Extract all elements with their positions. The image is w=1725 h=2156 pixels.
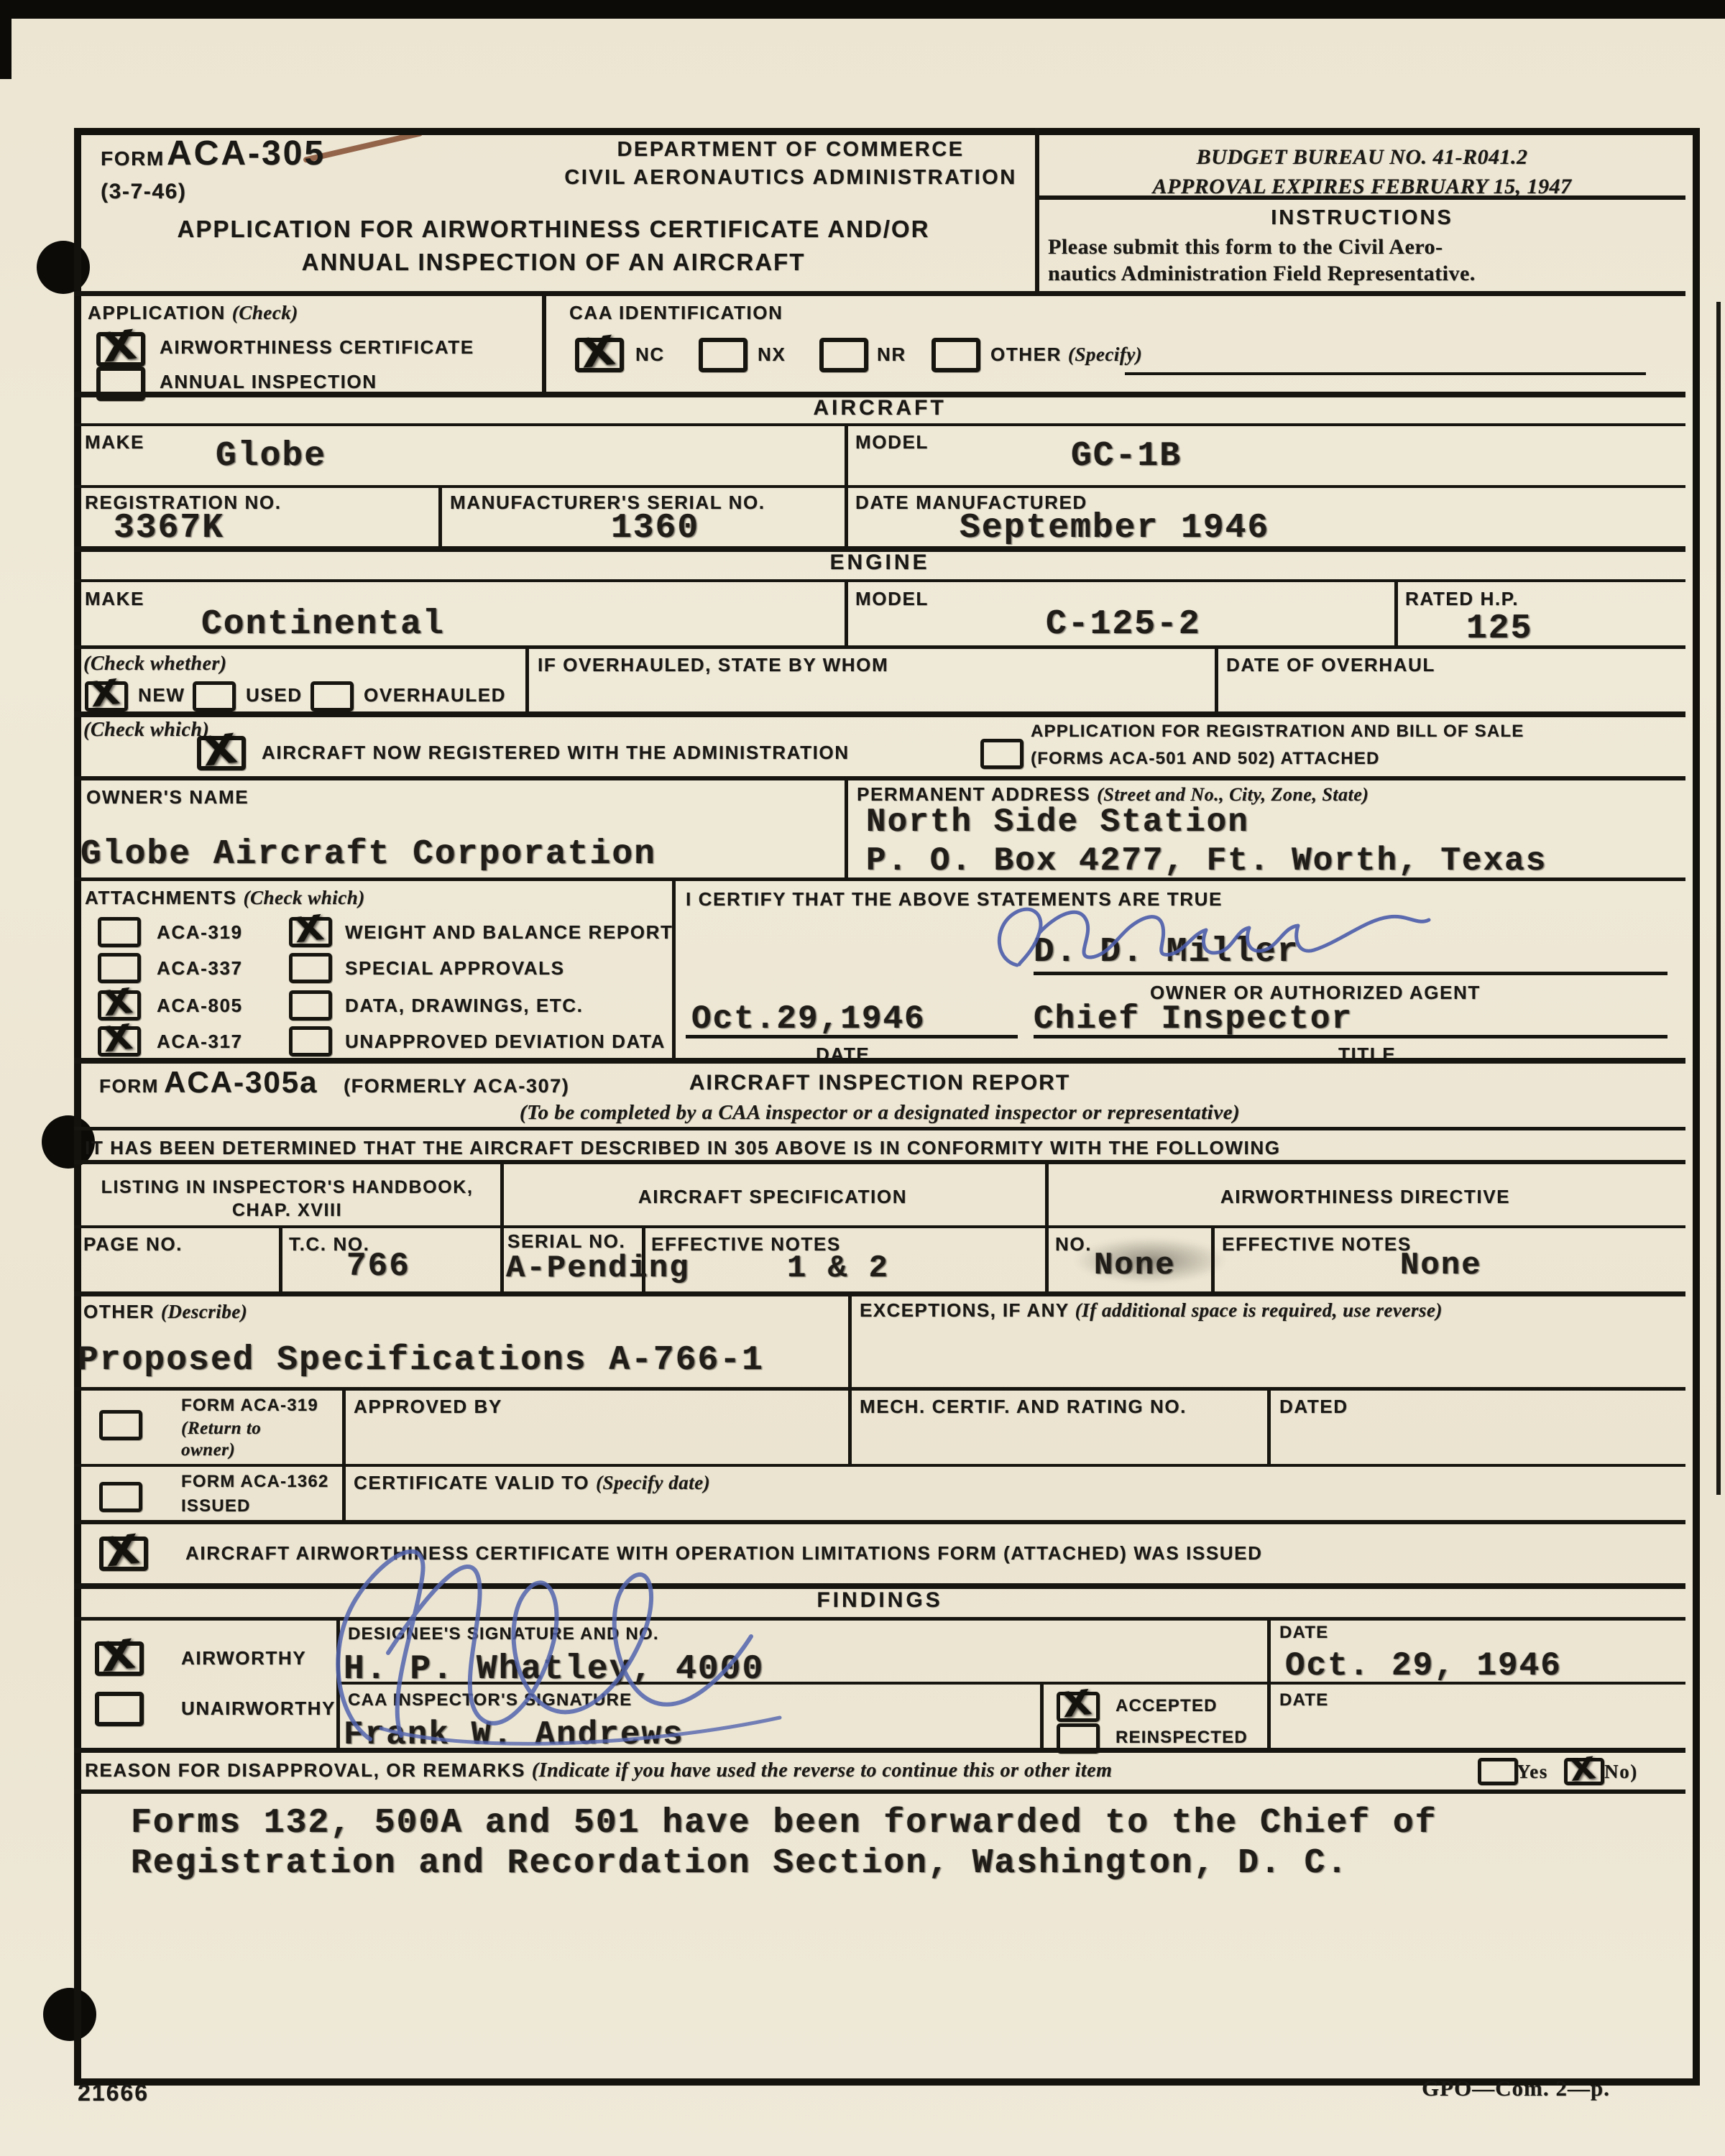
serial-no-label: MANUFACTURER'S SERIAL NO. — [450, 492, 765, 514]
check-mark: X — [1049, 1681, 1105, 1727]
other-label: OTHER — [83, 1301, 155, 1322]
form-aca319-return1: (Return to — [181, 1419, 261, 1439]
application-section-label: APPLICATION (Check) — [88, 302, 298, 324]
engine-make-value: Continental — [201, 605, 445, 644]
divider — [74, 579, 1685, 582]
form-number: ACA-305 — [167, 134, 326, 173]
mech-certif-label: MECH. CERTIF. AND RATING NO. — [860, 1396, 1187, 1418]
divider — [74, 1291, 1685, 1296]
whatley-signature — [302, 1498, 819, 1750]
attachment-weight-balance-label: WEIGHT AND BALANCE REPORT — [345, 921, 673, 944]
caa-other-label: OTHER (Specify) — [990, 344, 1142, 366]
divider — [74, 877, 1685, 881]
divider — [74, 1464, 1685, 1467]
report-subtitle: (To be completed by a CAA inspector or a… — [74, 1101, 1685, 1125]
owner-name-label: OWNER'S NAME — [86, 786, 249, 808]
check-mark: X — [189, 724, 252, 777]
aircraft-registered-checkbox[interactable]: X — [197, 736, 246, 770]
approved-by-label: APPROVED BY — [354, 1396, 502, 1418]
airworthy-label: AIRWORTHY — [181, 1647, 306, 1669]
divider — [845, 423, 848, 487]
spec-col1-header-line1: LISTING IN INSPECTOR'S HANDBOOK, — [74, 1177, 500, 1198]
airworthiness-certificate-checkbox[interactable]: X — [96, 332, 145, 367]
caa-other-write-line[interactable] — [1125, 372, 1646, 375]
application-label: APPLICATION — [88, 302, 226, 323]
check-whether-label: (Check whether) — [83, 653, 227, 676]
department-line1: DEPARTMENT OF COMMERCE — [503, 138, 1078, 162]
aircraft-section-title: AIRCRAFT — [74, 396, 1685, 420]
form-title-line2: ANNUAL INSPECTION OF AN AIRCRAFT — [101, 249, 1006, 276]
other-label-paren: (Describe) — [161, 1301, 247, 1322]
application-label-paren: (Check) — [232, 302, 298, 323]
divider — [672, 881, 676, 1058]
gpo-imprint: GPO—Com. 2—p. — [1422, 2076, 1610, 2101]
check-mark: X — [567, 326, 630, 379]
spec-col2-header: AIRCRAFT SPECIFICATION — [500, 1186, 1045, 1208]
serial-no-value: 1360 — [611, 509, 699, 548]
scan-edge-left — [0, 0, 11, 79]
check-mark: X — [91, 1015, 146, 1061]
directive-notes-label: EFFECTIVE NOTES — [1222, 1233, 1412, 1256]
budget-bureau-line1: BUDGET BUREAU NO. 41-R041.2 — [1044, 145, 1680, 170]
spec-serial-value: A-Pending — [506, 1250, 690, 1286]
attachment-data-drawings-checkbox[interactable] — [289, 990, 332, 1021]
attachment-aca805-label: ACA-805 — [157, 995, 243, 1017]
caa-nx-checkbox[interactable] — [699, 338, 747, 372]
engine-new-label: NEW — [138, 684, 185, 706]
form-aca1362-checkbox[interactable] — [99, 1482, 142, 1512]
caa-identification-label: CAA IDENTIFICATION — [569, 302, 783, 324]
certify-title-line — [1034, 1035, 1667, 1038]
check-mark: X — [78, 671, 133, 717]
divider — [525, 645, 529, 711]
divider — [74, 711, 1685, 717]
attachment-special-approvals-checkbox[interactable] — [289, 953, 332, 983]
attachment-unapproved-deviation-label: UNAPPROVED DEVIATION DATA — [345, 1031, 666, 1053]
registration-application-line1: APPLICATION FOR REGISTRATION AND BILL OF… — [1031, 722, 1524, 742]
airworthiness-certificate-label: AIRWORTHINESS CERTIFICATE — [160, 336, 474, 359]
owner-name-value: Globe Aircraft Corporation — [80, 835, 656, 874]
divider — [74, 1058, 1685, 1064]
attachment-aca337-checkbox[interactable] — [98, 953, 141, 983]
findings-date-label: DATE — [1279, 1623, 1328, 1643]
caa-nr-checkbox[interactable] — [819, 338, 868, 372]
aircraft-make-value: Globe — [216, 437, 326, 476]
unairworthy-checkbox[interactable] — [95, 1692, 144, 1726]
findings-date-value: Oct. 29, 1946 — [1285, 1647, 1562, 1685]
owner-address-line1: North Side Station — [866, 803, 1249, 841]
remarks-no-label: No) — [1604, 1761, 1638, 1783]
other-label: OTHER — [990, 344, 1062, 365]
remarks-yes-checkbox[interactable] — [1478, 1758, 1518, 1785]
report-title: AIRCRAFT INSPECTION REPORT — [74, 1071, 1685, 1095]
other-describe-label: OTHER (Describe) — [83, 1301, 247, 1323]
form-title-line1: APPLICATION FOR AIRWORTHINESS CERTIFICAT… — [101, 216, 1006, 243]
divider — [1035, 195, 1685, 200]
accepted-label: ACCEPTED — [1115, 1696, 1218, 1716]
engine-overhauled-checkbox[interactable] — [310, 681, 354, 711]
divider — [74, 1160, 1685, 1164]
address-label-paren: (Street and No., City, Zone, State) — [1097, 784, 1368, 805]
engine-model-label: MODEL — [855, 588, 929, 610]
engine-used-checkbox[interactable] — [193, 681, 236, 711]
other-describe-value: Proposed Specifications A-766-1 — [78, 1341, 764, 1380]
effective-notes-value: 1 & 2 — [787, 1250, 889, 1286]
engine-section-title: ENGINE — [74, 550, 1685, 575]
check-mark: X — [1558, 1749, 1607, 1789]
owner-address-line2: P. O. Box 4277, Ft. Worth, Texas — [866, 842, 1547, 880]
form-aca319-checkbox[interactable] — [99, 1410, 142, 1440]
tc-no-value: 766 — [346, 1248, 410, 1285]
instructions-title: INSTRUCTIONS — [1044, 206, 1680, 230]
divider — [1040, 1682, 1044, 1748]
attachment-aca319-checkbox[interactable] — [98, 917, 141, 947]
check-mark: X — [88, 320, 151, 373]
other-label-paren: (Specify) — [1068, 344, 1142, 365]
exceptions-italic: (If additional space is required, use re… — [1075, 1299, 1443, 1321]
remarks-yes-label: Yes — [1517, 1761, 1548, 1783]
spec-col3-header: AIRWORTHINESS DIRECTIVE — [1045, 1186, 1685, 1208]
scan-edge-top — [0, 0, 1725, 19]
divider — [845, 488, 848, 546]
divider — [1394, 579, 1398, 645]
exceptions-bold: EXCEPTIONS, IF ANY — [860, 1299, 1069, 1321]
attachments-label: ATTACHMENTS (Check which) — [85, 887, 365, 909]
aircraft-model-value: GC-1B — [1071, 437, 1182, 476]
directive-notes-value: None — [1400, 1248, 1482, 1284]
reinspected-label: REINSPECTED — [1115, 1728, 1248, 1748]
miller-signature — [977, 890, 1452, 980]
valid-label: CERTIFICATE VALID TO — [354, 1472, 589, 1493]
attachment-special-approvals-label: SPECIAL APPROVALS — [345, 957, 565, 980]
engine-used-label: USED — [246, 684, 303, 706]
divider — [74, 1789, 1685, 1794]
attachment-aca317-checkbox[interactable]: X — [98, 1026, 141, 1056]
attachment-aca319-label: ACA-319 — [157, 921, 243, 944]
directive-no-value: None — [1094, 1248, 1176, 1284]
certify-title-value: Chief Inspector — [1034, 1000, 1353, 1038]
scanned-form-page: FORM ACA-305 (3-7-46) DEPARTMENT OF COMM… — [0, 0, 1725, 2156]
attachments-title-paren: (Check which) — [243, 887, 364, 908]
check-mark: X — [87, 1629, 149, 1682]
check-mark: X — [91, 1524, 154, 1577]
instructions-line2: nautics Administration Field Representat… — [1048, 262, 1476, 286]
remarks-italic: (Indicate if you have used the reverse t… — [532, 1759, 1113, 1782]
print-stamp-number: 21666 — [78, 2080, 149, 2106]
divider — [74, 776, 1685, 780]
certificate-issued-checkbox[interactable]: X — [99, 1537, 148, 1571]
attachment-aca317-label: ACA-317 — [157, 1031, 243, 1053]
caa-nc-checkbox[interactable]: X — [575, 338, 624, 372]
engine-model-value: C-125-2 — [1046, 605, 1201, 644]
forwarded-note-line2: Registration and Recordation Section, Wa… — [131, 1844, 1348, 1883]
department-line2: CIVIL AERONAUTICS ADMINISTRATION — [503, 166, 1078, 190]
attachments-title: ATTACHMENTS — [85, 887, 237, 908]
airworthy-checkbox[interactable]: X — [95, 1641, 144, 1676]
findings-date2-label: DATE — [1279, 1690, 1328, 1710]
divider — [542, 291, 546, 392]
attachment-weight-balance-checkbox[interactable]: X — [289, 917, 332, 947]
remarks-bold: REASON FOR DISAPPROVAL, OR REMARKS — [85, 1759, 525, 1781]
divider — [74, 485, 1685, 488]
engine-new-checkbox[interactable]: X — [85, 681, 128, 711]
valid-label-paren: (Specify date) — [596, 1472, 710, 1493]
annual-inspection-label: ANNUAL INSPECTION — [160, 371, 377, 393]
divider — [279, 1225, 282, 1291]
form-aca319-label: FORM ACA-319 — [181, 1396, 318, 1416]
caa-nc-label: NC — [635, 344, 665, 366]
attachment-data-drawings-label: DATA, DRAWINGS, ETC. — [345, 995, 583, 1017]
caa-nx-label: NX — [758, 344, 786, 366]
certify-date-line — [686, 1035, 1018, 1038]
overhauled-by-label: IF OVERHAULED, STATE BY WHOM — [538, 654, 888, 676]
engine-overhauled-label: OVERHAULED — [364, 684, 506, 706]
divider — [845, 579, 848, 645]
attachment-aca337-label: ACA-337 — [157, 957, 243, 980]
divider — [74, 645, 1685, 649]
form-revision-date: (3-7-46) — [101, 180, 187, 204]
date-manufactured-value: September 1946 — [960, 509, 1269, 548]
scan-edge-right-line — [1716, 302, 1721, 1495]
divider — [1267, 1387, 1271, 1464]
spec-serial-label: SERIAL NO. — [507, 1230, 625, 1253]
caa-nr-label: NR — [877, 344, 906, 366]
forwarded-note-line1: Forms 132, 500A and 501 have been forwar… — [131, 1804, 1437, 1843]
engine-make-label: MAKE — [85, 588, 144, 610]
registration-no-value: 3367K — [114, 509, 224, 548]
rated-hp-label: RATED H.P. — [1405, 588, 1519, 610]
exceptions-label: EXCEPTIONS, IF ANY (If additional space … — [860, 1296, 1675, 1324]
divider — [74, 1225, 1685, 1228]
address-label: PERMANENT ADDRESS — [857, 783, 1090, 805]
permanent-address-label: PERMANENT ADDRESS (Street and No., City,… — [857, 783, 1368, 806]
form-aca319-return2: owner) — [181, 1440, 235, 1460]
divider — [1215, 645, 1218, 711]
remarks-label: REASON FOR DISAPPROVAL, OR REMARKS (Indi… — [85, 1759, 1112, 1782]
divider — [1035, 128, 1039, 291]
form-aca1362-issued-label: ISSUED — [181, 1496, 251, 1516]
rated-hp-value: 125 — [1466, 609, 1532, 648]
divider — [438, 488, 442, 546]
divider — [74, 1387, 1685, 1391]
registration-application-line2: (FORMS ACA-501 AND 502) ATTACHED — [1031, 749, 1380, 769]
instructions-line1: Please submit this form to the Civil Aer… — [1048, 235, 1443, 259]
page-no-label: PAGE NO. — [83, 1233, 183, 1256]
accepted-checkbox[interactable]: X — [1057, 1692, 1100, 1722]
form-number-label: FORM — [101, 147, 165, 170]
registration-application-checkbox[interactable] — [980, 739, 1023, 769]
aircraft-registered-label: AIRCRAFT NOW REGISTERED WITH THE ADMINIS… — [262, 742, 850, 764]
divider — [845, 780, 848, 877]
spec-col1-header-line2: CHAP. XVIII — [74, 1200, 500, 1221]
remarks-no-checkbox[interactable]: X — [1564, 1758, 1604, 1785]
form-aca1362-label: FORM ACA-1362 — [181, 1472, 328, 1492]
divider — [74, 291, 1685, 296]
divider — [74, 1127, 1685, 1130]
aircraft-make-label: MAKE — [85, 431, 144, 453]
divider — [848, 1291, 852, 1464]
certificate-valid-label: CERTIFICATE VALID TO (Specify date) — [354, 1472, 710, 1494]
caa-other-checkbox[interactable] — [931, 338, 980, 372]
date-of-overhaul-label: DATE OF OVERHAUL — [1226, 654, 1435, 676]
check-mark: X — [282, 906, 337, 952]
certify-date-value: Oct.29,1946 — [691, 1000, 926, 1038]
determined-statement: IT HAS BEEN DETERMINED THAT THE AIRCRAFT… — [85, 1137, 1281, 1159]
aircraft-model-label: MODEL — [855, 431, 929, 453]
divider — [74, 423, 1685, 426]
attachment-unapproved-deviation-checkbox[interactable] — [289, 1026, 332, 1056]
dated-label: DATED — [1279, 1396, 1348, 1418]
